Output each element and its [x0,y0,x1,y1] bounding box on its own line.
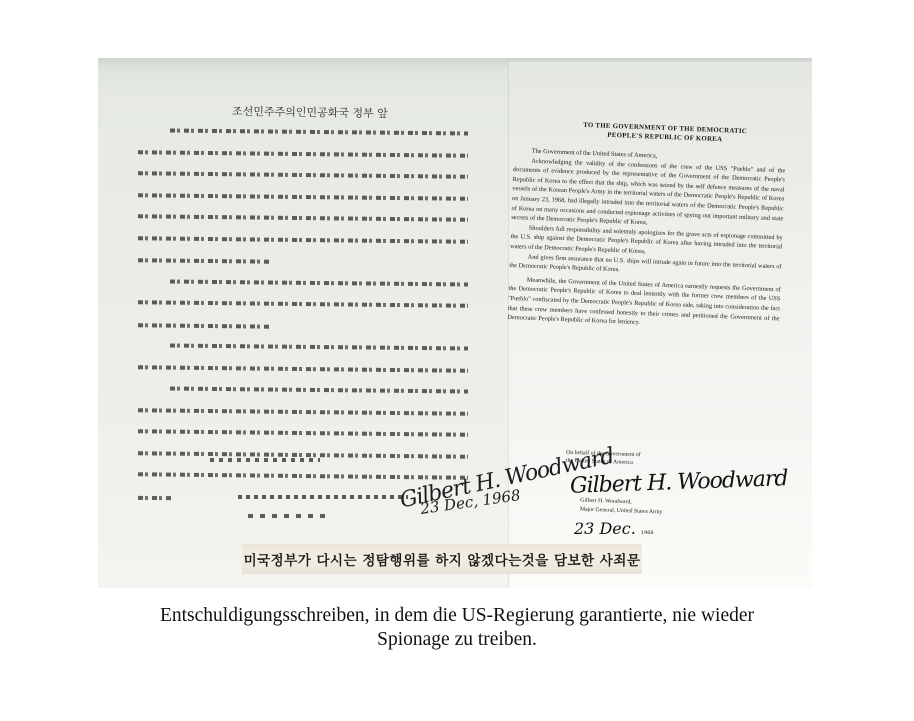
korean-text-line [170,343,468,350]
korean-text-line [138,193,468,200]
handwritten-date-right: 23 Dec. 1968 [574,519,654,538]
english-closing: On behalf of the Government of the Unite… [566,449,641,467]
korean-text-line [138,429,468,436]
korean-signature-line [210,458,320,462]
korean-text-line [138,323,270,328]
english-page: TO THE GOVERNMENT OF THE DEMOCRATIC PEOP… [512,58,812,588]
korean-text-line [138,495,171,499]
closing-line: the United States of America [566,457,641,467]
korean-text-line [138,365,468,372]
figure-caption: Entschuldigungsschreiben, in dem die US-… [0,604,914,652]
date-day-month: 23 Dec. [574,519,636,538]
english-paragraph: Acknowledging the validity of the confes… [511,156,785,234]
korean-text-line [138,236,468,243]
signer-block: Gilbert H. Woodward, Major General, Unit… [580,497,663,518]
english-paragraph: Meanwhile, the Government of the United … [507,275,781,333]
handwritten-signature-right: Gilbert H. Woodward [570,466,788,499]
caption-line: Spionage zu treiben. [0,628,914,652]
korean-text-line [138,214,468,221]
korean-text-line [170,279,468,286]
korean-text-line [138,258,270,263]
korean-text-line [138,150,468,157]
korean-text-line [138,171,468,178]
document-photo: 조선민주주의인민공화국 정부 앞 Gilbert H. Woodward 23 … [98,58,812,588]
signer-title: Major General, United States Army [580,506,663,518]
caption-line: Entschuldigungsschreiben, in dem die US-… [0,604,914,628]
korean-date-line [248,514,328,518]
korean-page-title: 조선민주주의인민공화국 정부 앞 [232,103,388,121]
english-heading: TO THE GOVERNMENT OF THE DEMOCRATIC PEOP… [570,120,761,145]
korean-text-line [138,300,468,307]
korean-text-line [170,386,468,393]
english-body: The Government of the United States of A… [507,146,786,333]
korean-text-line [138,408,468,415]
date-year: 1968 [641,530,654,536]
korean-text-line [138,472,468,479]
korean-text-line [170,128,468,135]
korean-banner-label: 미국정부가 다시는 정탐행위를 하지 않겠다는것을 담보한 사죄문 [242,544,642,574]
page-fold [508,58,509,588]
korean-signature-line [238,495,408,499]
